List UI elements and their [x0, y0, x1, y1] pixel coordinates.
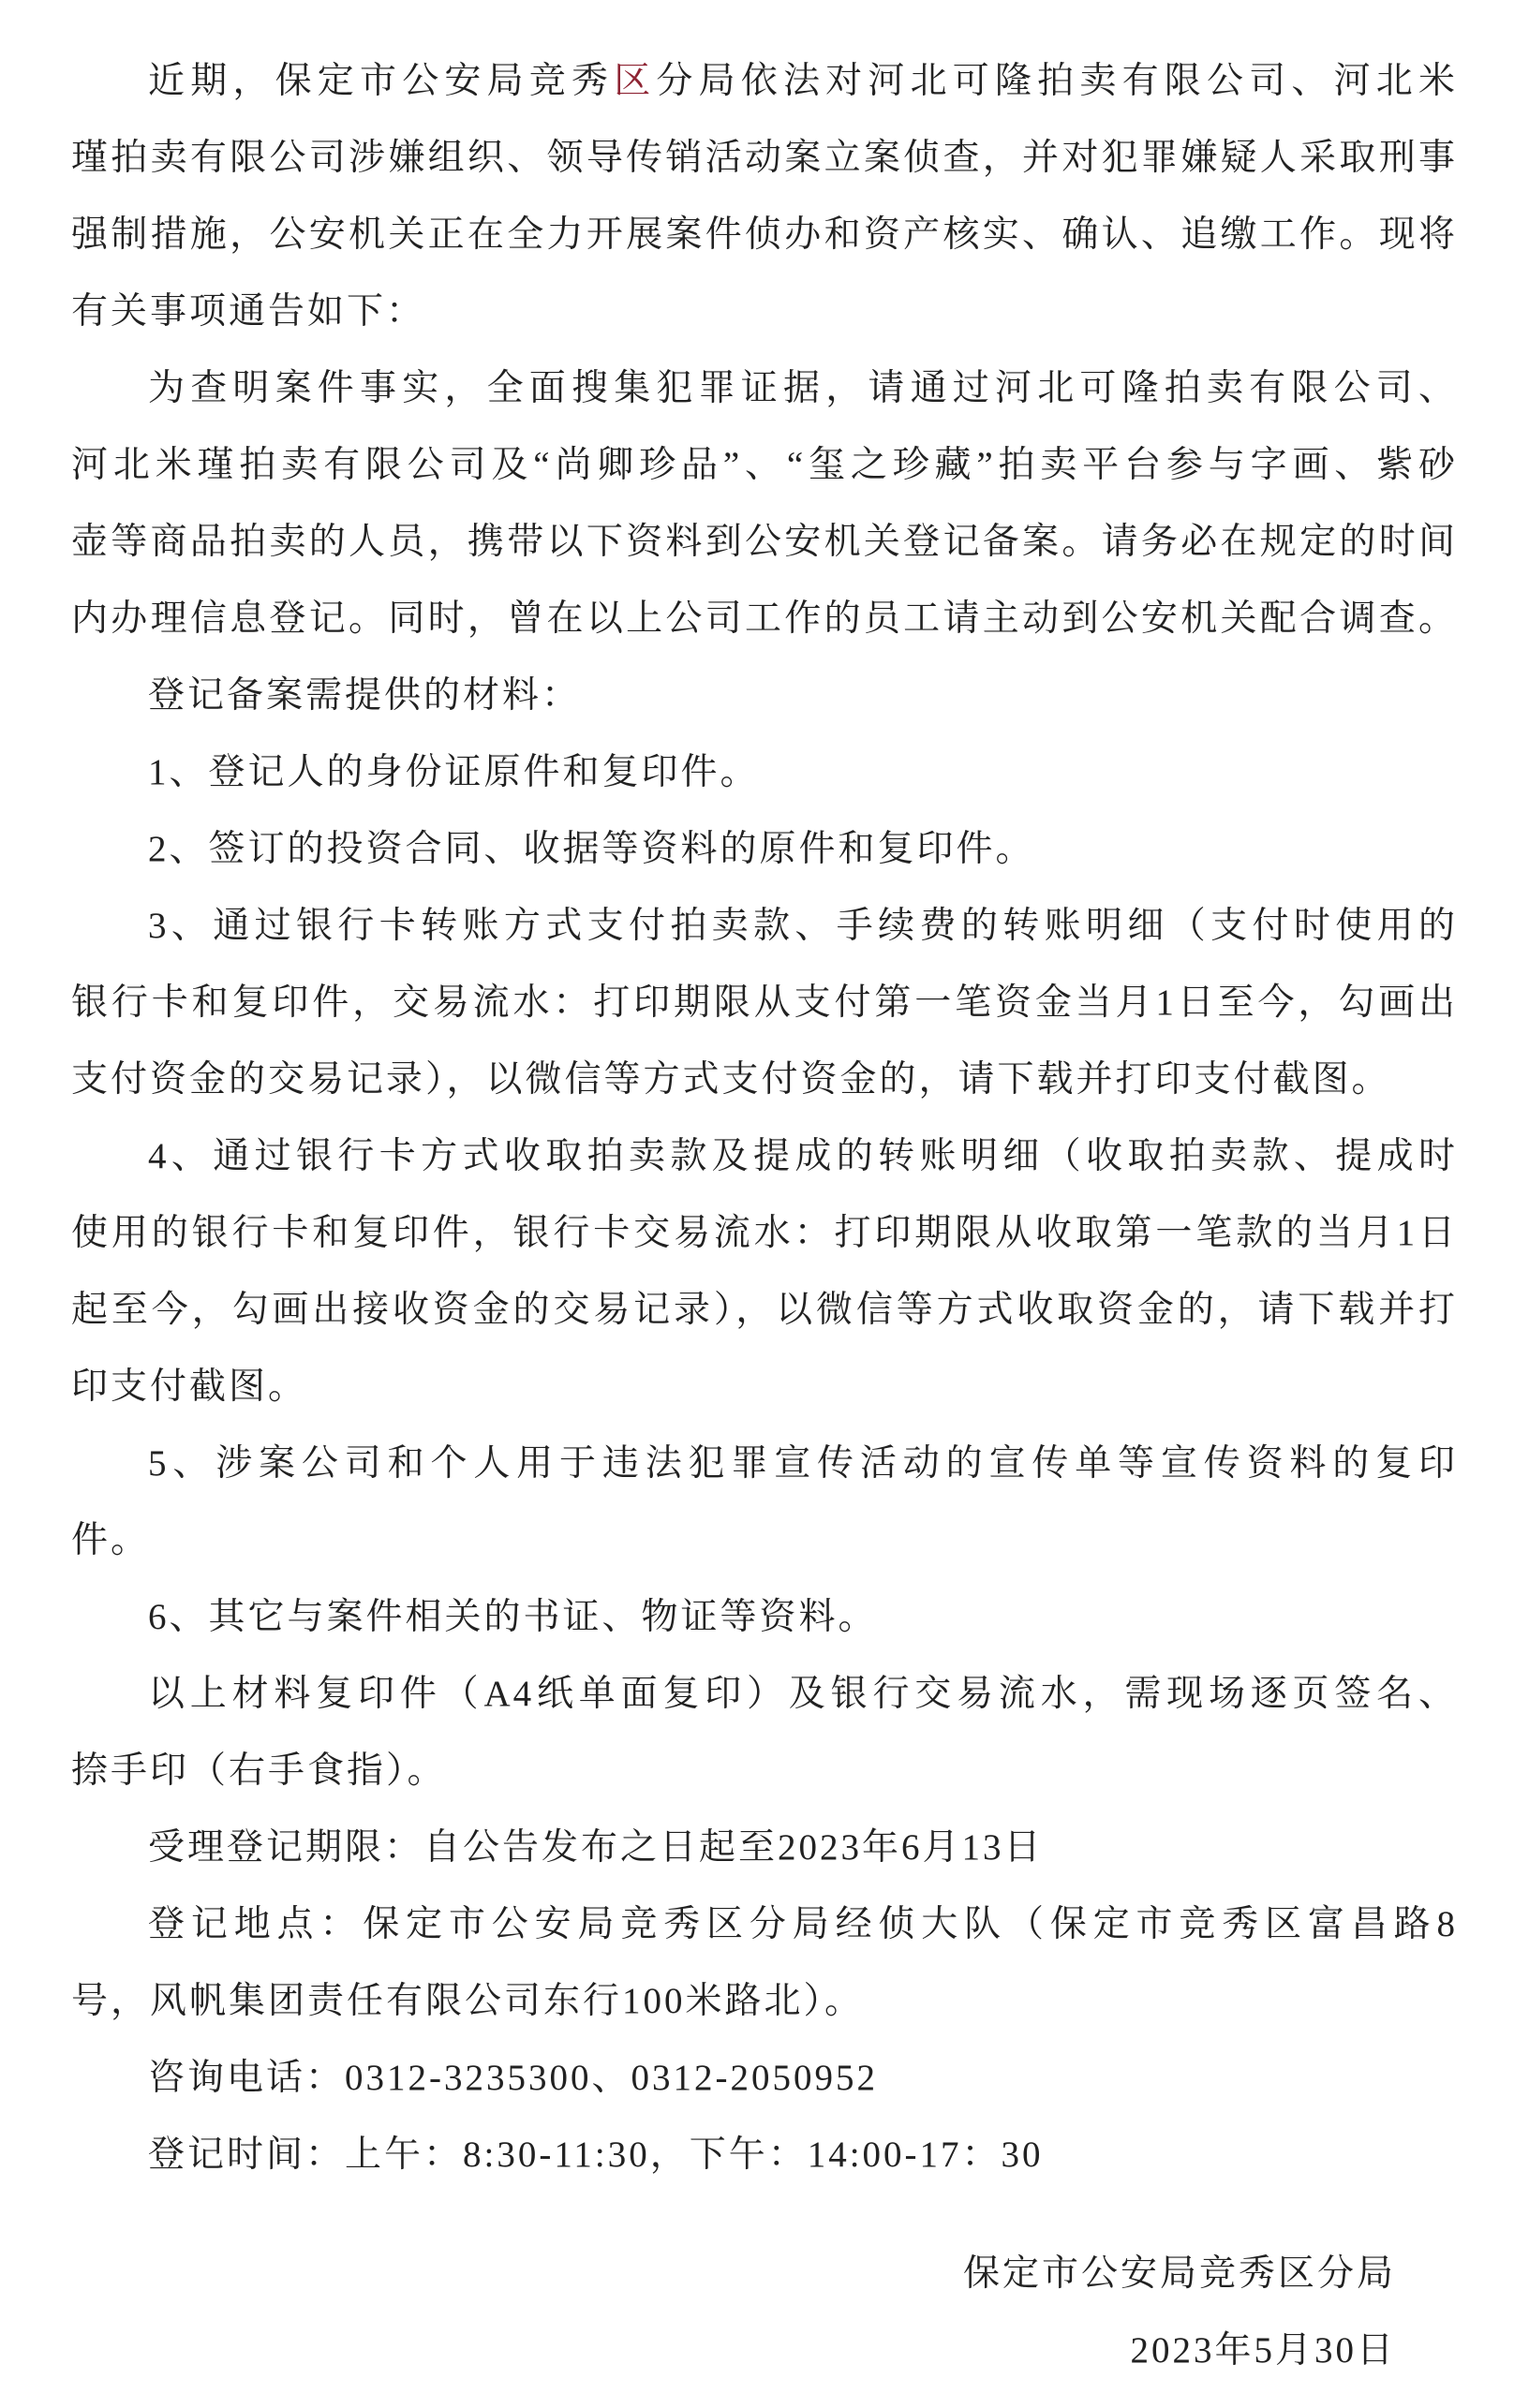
text-line: 1、登记人的身份证原件和复印件。 [71, 734, 1458, 811]
text-line: 起至今，勾画出接收资金的交易记录），以微信等方式收取资金的，请下载并打 [71, 1272, 1458, 1349]
text-segment: 近期，保定市公安局竞秀 [148, 61, 614, 101]
text-line: 印支付截图。 [71, 1349, 1458, 1426]
highlighted-char: 区 [614, 61, 656, 101]
text-line: 3、通过银行卡转账方式支付拍卖款、手续费的转账明细（支付时使用的 [71, 888, 1458, 965]
text-line: 咨询电话：0312-3235300、0312-2050952 [71, 2040, 1458, 2117]
text-line: 有关事项通告如下： [71, 273, 1458, 350]
text-line: 以上材料复印件（A4纸单面复印）及银行交易流水，需现场逐页签名、 [71, 1656, 1458, 1733]
text-line: 支付资金的交易记录），以微信等方式支付资金的，请下载并打印支付截图。 [71, 1041, 1458, 1118]
text-line: 4、通过银行卡方式收取拍卖款及提成的转账明细（收取拍卖款、提成时 [71, 1118, 1458, 1195]
text-line: 号，风帆集团责任有限公司东行100米路北）。 [71, 1963, 1458, 2040]
text-line: 使用的银行卡和复印件，银行卡交易流水：打印期限从收取第一笔款的当月1日 [71, 1195, 1458, 1272]
text-line: 河北米瑾拍卖有限公司及“尚卿珍品”、“玺之珍藏”拍卖平台参与字画、紫砂 [71, 427, 1458, 504]
text-line: 件。 [71, 1502, 1458, 1579]
text-line: 强制措施，公安机关正在全力开展案件侦办和资产核实、确认、追缴工作。现将 [71, 197, 1458, 273]
text-line: 5、涉案公司和个人用于违法犯罪宣传活动的宣传单等宣传资料的复印 [71, 1426, 1458, 1502]
text-segment: 分局依法对河北可隆拍卖有限公司、河北米 [656, 61, 1458, 101]
text-line: 壶等商品拍卖的人员，携带以下资料到公安机关登记备案。请务必在规定的时间 [71, 504, 1458, 581]
text-line: 内办理信息登记。同时，曾在以上公司工作的员工请主动到公安机关配合调查。 [71, 581, 1458, 657]
text-line: 登记备案需提供的材料： [71, 657, 1458, 734]
text-line: 银行卡和复印件，交易流水：打印期限从支付第一笔资金当月1日至今，勾画出 [71, 965, 1458, 1041]
text-line: 登记地点：保定市公安局竞秀区分局经侦大队（保定市竞秀区富昌路8 [71, 1886, 1458, 1963]
signature-issuer: 保定市公安局竞秀区分局 [71, 2236, 1396, 2312]
text-line: 2、签订的投资合同、收据等资料的原件和复印件。 [71, 811, 1458, 888]
document-page: 近期，保定市公安局竞秀区分局依法对河北可隆拍卖有限公司、河北米瑾拍卖有限公司涉嫌… [0, 0, 1529, 2408]
signature-date: 2023年5月30日 [71, 2312, 1396, 2389]
announcement-body: 近期，保定市公安局竞秀区分局依法对河北可隆拍卖有限公司、河北米瑾拍卖有限公司涉嫌… [71, 43, 1458, 2194]
text-line: 6、其它与案件相关的书证、物证等资料。 [71, 1579, 1458, 1656]
text-line: 近期，保定市公安局竞秀区分局依法对河北可隆拍卖有限公司、河北米 [71, 43, 1458, 120]
text-line: 登记时间：上午：8:30-11:30，下午：14:00-17：30 [71, 2117, 1458, 2194]
text-line: 瑾拍卖有限公司涉嫌组织、领导传销活动案立案侦查，并对犯罪嫌疑人采取刑事 [71, 120, 1458, 197]
signature-block: 保定市公安局竞秀区分局 2023年5月30日 [71, 2236, 1458, 2389]
text-line: 受理登记期限：自公告发布之日起至2023年6月13日 [71, 1810, 1458, 1886]
text-line: 为查明案件事实，全面搜集犯罪证据，请通过河北可隆拍卖有限公司、 [71, 350, 1458, 427]
text-line: 捺手印（右手食指）。 [71, 1733, 1458, 1810]
